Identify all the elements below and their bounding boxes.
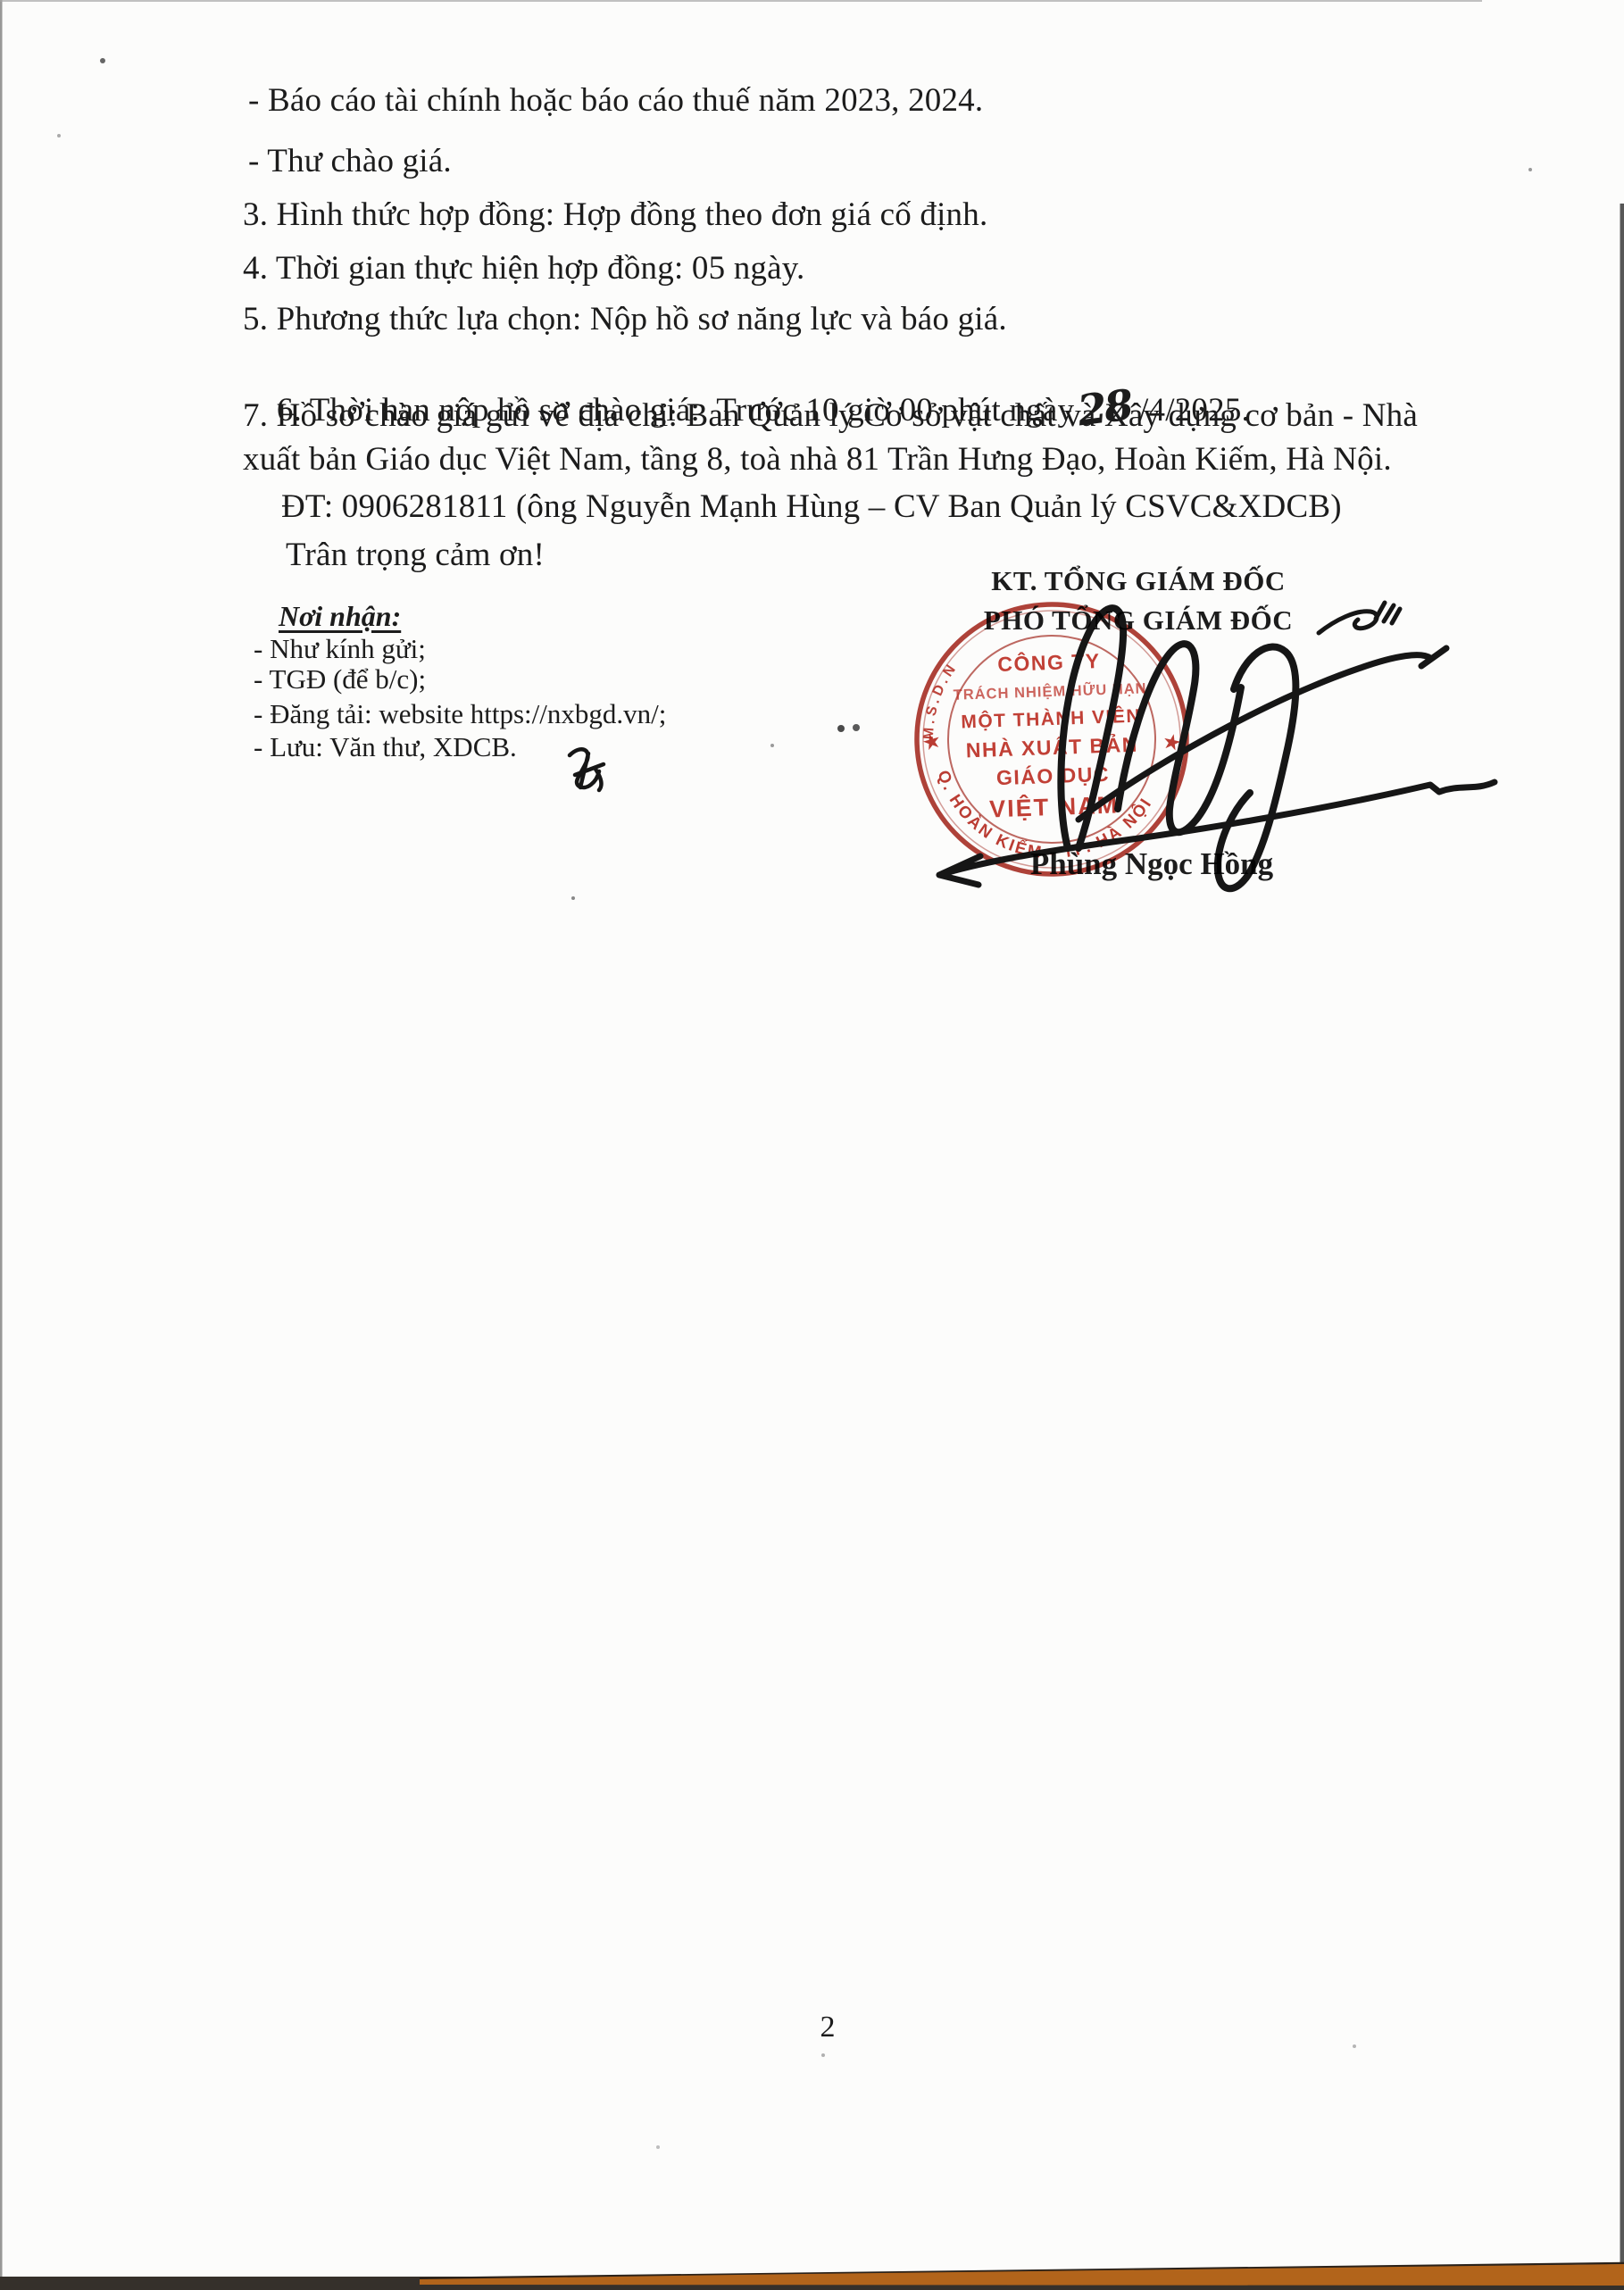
scanned-letter-page-2: - Báo cáo tài chính hoặc báo cáo thuế nă… [0, 0, 1624, 2290]
signature-flourish-upper [1079, 648, 1446, 820]
stamp-line-viet-nam: VIỆT NAM [989, 790, 1120, 822]
item-7-address-line2: xuất bản Giáo dục Việt Nam, tầng 8, toà … [243, 441, 1392, 479]
company-stamp: M.S.D.N Q. HOÀN KIẾM - TP. HÀ NỘI ★ ★ CÔ… [912, 600, 1191, 879]
stamp-and-signature-overlay: M.S.D.N Q. HOÀN KIẾM - TP. HÀ NỘI ★ ★ CÔ… [0, 0, 1624, 2290]
signature-title-2: PHÓ TỔNG GIÁM ĐỐC [937, 604, 1339, 637]
recipient-item: - Như kính gửi; [254, 634, 426, 664]
list-item-quote: - Thư chào giá. [248, 143, 452, 181]
scan-edge-right [1620, 204, 1624, 2290]
stamp-outer-ring-inner-line [919, 606, 1185, 872]
recipient-item: - Đăng tải: website https://nxbgd.vn/; [254, 699, 666, 729]
phone-line: ĐT: 0906281811 (ông Nguyễn Mạnh Hùng – C… [281, 488, 1342, 527]
stamp-star-left-icon: ★ [920, 729, 945, 756]
scan-edge-top [0, 0, 1482, 2]
signer-name: Phùng Ngọc Hồng [964, 846, 1339, 882]
scan-noise-specks [0, 0, 4, 4]
stamp-line-mot-thanh-vien: MỘT THÀNH VIÊN [961, 704, 1142, 732]
stamp-center-text: CÔNG TY TRÁCH NHIỆM HỮU HẠN MỘT THÀNH VI… [952, 646, 1151, 823]
signature-stroke-2 [1118, 644, 1241, 832]
signature-stroke-1 [1061, 608, 1123, 848]
item-7-address-line1: 7. Hồ sơ chào giá gửi về địa chỉ: Ban Qu… [243, 397, 1418, 436]
signature-title-1: KT. TỔNG GIÁM ĐỐC [937, 565, 1339, 597]
desk-wedge [420, 2264, 1624, 2286]
stamp-line-nha-xuat-ban: NHÀ XUẤT BẢN [965, 731, 1138, 762]
thanks-line: Trân trọng cảm ơn! [286, 537, 545, 575]
item-3-contract-type: 3. Hình thức hợp đồng: Hợp đồng theo đơn… [243, 196, 987, 235]
stamp-arc-top-text: M.S.D.N [919, 659, 963, 740]
stamp-line-tnhh: TRÁCH NHIỆM HỮU HẠN [953, 679, 1147, 704]
handwritten-initial [570, 749, 604, 790]
scan-edge-left [0, 0, 3, 2290]
stamp-line-giao-duc: GIÁO DỤC [995, 762, 1110, 789]
page-number: 2 [808, 2011, 847, 2044]
desk-edge-line [420, 2263, 1624, 2278]
recipient-item: - TGĐ (để b/c); [254, 664, 426, 695]
stamp-inner-ring [945, 632, 1159, 846]
stamp-line-cong-ty: CÔNG TY [997, 648, 1101, 676]
item-4-duration: 4. Thời gian thực hiện hợp đồng: 05 ngày… [243, 250, 805, 288]
stamp-outer-ring [912, 600, 1191, 879]
item-5-method: 5. Phương thức lựa chọn: Nộp hồ sơ năng … [243, 301, 1007, 339]
recipients-heading: Nơi nhận: [279, 600, 401, 633]
stamp-star-right-icon: ★ [1160, 729, 1183, 756]
recipient-item: - Lưu: Văn thư, XDCB. [254, 732, 517, 762]
scan-edge-bottom-bar [0, 2277, 1624, 2290]
list-item-report: - Báo cáo tài chính hoặc báo cáo thuế nă… [248, 82, 983, 121]
